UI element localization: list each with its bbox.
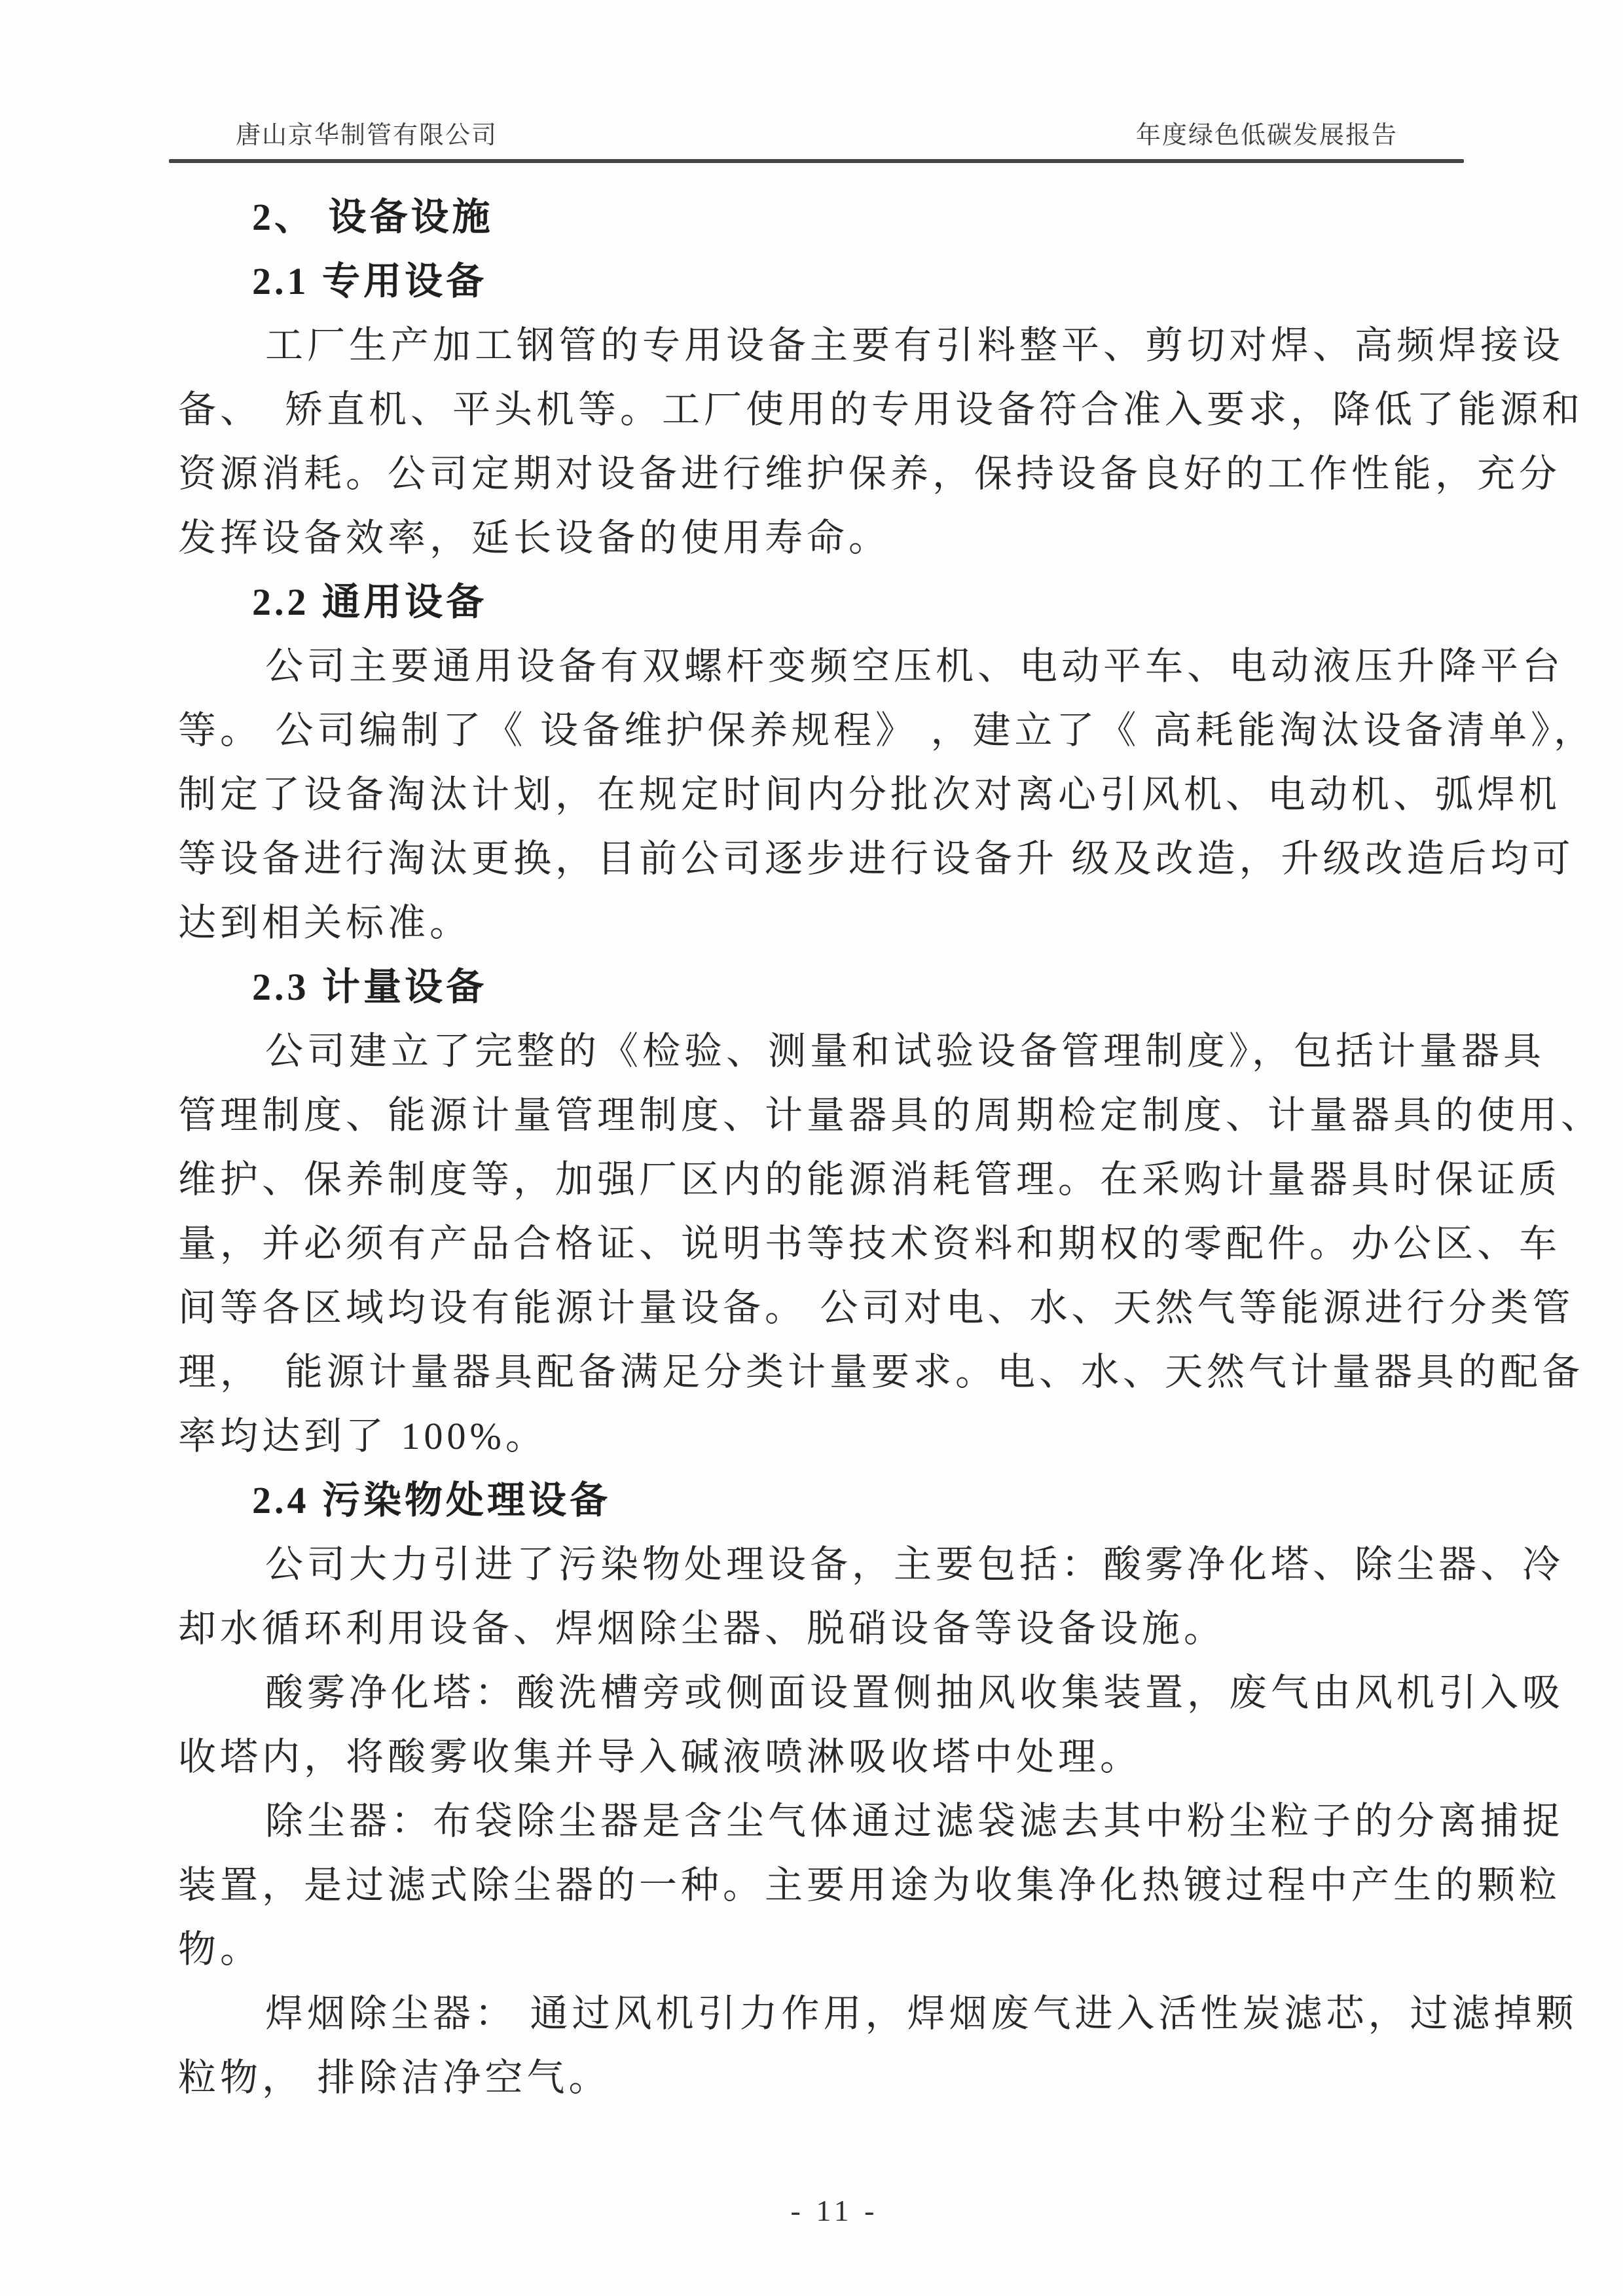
text-line: 除尘器：布袋除尘器是含尘气体通过滤袋滤去其中粉尘粒子的分离捕捉 [178, 1789, 1464, 1853]
text-line: 备、 矫直机、平头机等。工厂使用的专用设备符合准入要求，降低了能源和 [178, 378, 1464, 442]
section-heading: 2.4 污染物处理设备 [178, 1468, 1464, 1533]
text-line: 达到相关标准。 [178, 891, 1464, 955]
header-divider [169, 159, 1464, 163]
text-line: 等。 公司编制了《 设备维护保养规程》 ，建立了《 高耗能淘汰设备清单》， [178, 699, 1464, 763]
text-line: 粒物， 排除洁净空气。 [178, 2046, 1464, 2110]
text-line: 管理制度、能源计量管理制度、计量器具的周期检定制度、计量器具的使用、 [178, 1084, 1464, 1148]
page-footer: - 11 - [0, 2158, 1623, 2264]
text-line: 等设备进行淘汰更换，目前公司逐步进行设备升 级及改造，升级改造后均可 [178, 827, 1464, 891]
text-line: 公司大力引进了污染物处理设备，主要包括：酸雾净化塔、除尘器、冷 [178, 1533, 1464, 1597]
text-line: 公司建立了完整的《检验、测量和试验设备管理制度》，包括计量器具 [178, 1019, 1464, 1084]
text-line: 理， 能源计量器具配备满足分类计量要求。电、水、天然气计量器具的配备 [178, 1340, 1464, 1404]
text-line: 工厂生产加工钢管的专用设备主要有引料整平、剪切对焊、高频焊接设 [178, 314, 1464, 378]
text-line: 物。 [178, 1918, 1464, 1982]
page-header: 唐山京华制管有限公司 年度绿色低碳发展报告 [236, 120, 1398, 151]
document-page: 唐山京华制管有限公司 年度绿色低碳发展报告 2、 设备设施 2.1 专用设备 工… [0, 0, 1623, 2296]
text-line: 资源消耗。公司定期对设备进行维护保养，保持设备良好的工作性能，充分 [178, 442, 1464, 506]
text-line: 量，并必须有产品合格证、说明书等技术资料和期权的零配件。办公区、车 [178, 1212, 1464, 1276]
text-line: 焊烟除尘器： 通过风机引力作用，焊烟废气进入活性炭滤芯，过滤掉颗 [178, 1982, 1464, 2046]
section-heading: 2.1 专用设备 [178, 249, 1464, 314]
text-line: 酸雾净化塔：酸洗槽旁或侧面设置侧抽风收集装置，废气由风机引入吸 [178, 1661, 1464, 1725]
text-line: 发挥设备效率，延长设备的使用寿命。 [178, 506, 1464, 570]
text-line: 装置，是过滤式除尘器的一种。主要用途为收集净化热镀过程中产生的颗粒 [178, 1853, 1464, 1918]
text-line: 间等各区域均设有能源计量设备。 公司对电、水、天然气等能源进行分类管 [178, 1276, 1464, 1340]
text-line: 维护、保养制度等，加强厂区内的能源消耗管理。在采购计量器具时保证质 [178, 1148, 1464, 1212]
header-company-name: 唐山京华制管有限公司 [236, 120, 498, 151]
page-number: - 11 - [791, 2194, 879, 2227]
section-heading: 2.2 通用设备 [178, 570, 1464, 634]
text-line: 制定了设备淘汰计划，在规定时间内分批次对离心引风机、电动机、弧焊机 [178, 763, 1464, 827]
header-report-title: 年度绿色低碳发展报告 [1136, 120, 1398, 151]
text-line: 收塔内，将酸雾收集并导入碱液喷淋吸收塔中处理。 [178, 1725, 1464, 1789]
section-heading: 2.3 计量设备 [178, 955, 1464, 1019]
text-line: 率均达到了 100%。 [178, 1404, 1464, 1468]
document-body: 2、 设备设施 2.1 专用设备 工厂生产加工钢管的专用设备主要有引料整平、剪切… [178, 185, 1464, 2110]
text-line: 却水循环利用设备、焊烟除尘器、脱硝设备等设备设施。 [178, 1597, 1464, 1661]
section-heading: 2、 设备设施 [178, 185, 1464, 249]
text-line: 公司主要通用设备有双螺杆变频空压机、电动平车、电动液压升降平台 [178, 634, 1464, 699]
